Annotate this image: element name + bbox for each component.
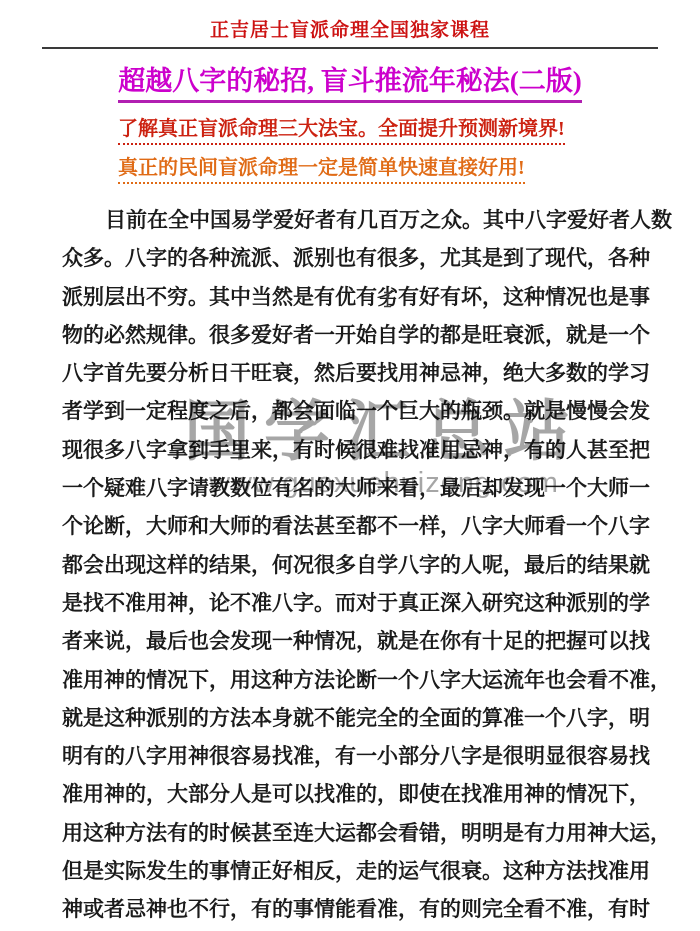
body-text-line: 者学到一定程度之后，都会面临一个巨大的瓶颈。就是慢慢会发 — [62, 392, 638, 430]
body-text-line: 目前在全中国易学爱好者有几百万之众。其中八字爱好者人数 — [62, 201, 638, 239]
document-body[interactable]: 目前在全中国易学爱好者有几百万之众。其中八字爱好者人数 众多。八字的各种流派、派… — [0, 201, 700, 929]
subtitle-block: 了解真正盲派命理三大法宝。全面提升预测新境界! 真正的民间盲派命理一定是简单快速… — [0, 117, 700, 184]
body-text-line: 八字首先要分析日干旺衰，然后要找用神忌神，绝大多数的学习 — [62, 354, 638, 392]
body-text-line: 都会出现这样的结果，何况很多自学八字的人呢，最后的结果就 — [62, 546, 638, 584]
header-divider — [42, 47, 658, 49]
body-text-line: 是找不准用神，论不准八字。而对于真正深入研究这种派别的学 — [62, 584, 638, 622]
body-text-line: 神或者忌神也不行，有的事情能看准，有的则完全看不准，有时 — [62, 890, 638, 928]
body-text-line: 物的必然规律。很多爱好者一开始自学的都是旺衰派，就是一个 — [62, 316, 638, 354]
body-text-line: 一个疑难八字请教数位有名的大师来看，最后却发现一个大师一 — [62, 469, 638, 507]
body-text-line: 准用神的，大部分人是可以找准的，即使在找准用神的情况下， — [62, 775, 638, 813]
body-text-line: 就是这种派别的方法本身就不能完全的全面的算准一个八字，明 — [62, 699, 638, 737]
header-text: 正吉居士盲派命理全国独家课程 — [210, 20, 490, 41]
body-text-line: 者来说，最后也会发现一种情况，就是在你有十足的把握可以找 — [62, 622, 638, 660]
body-text-line: 众多。八字的各种流派、派别也有很多，尤其是到了现代，各种 — [62, 239, 638, 277]
title-text: 超越八字的秘招, 盲斗推流年秘法(二版) — [118, 64, 581, 103]
subtitle-line-2: 真正的民间盲派命理一定是简单快速直接好用! — [118, 156, 700, 184]
body-text-line: 明有的八字用神很容易找准，有一小部分八字是很明显很容易找 — [62, 737, 638, 775]
document-title: 超越八字的秘招, 盲斗推流年秘法(二版) — [0, 64, 700, 103]
document-header: 正吉居士盲派命理全国独家课程 — [0, 20, 700, 42]
body-text-line: 个论断，大师和大师的看法甚至都不一样，八字大师看一个八字 — [62, 507, 638, 545]
subtitle-line-1: 了解真正盲派命理三大法宝。全面提升预测新境界! — [118, 117, 700, 145]
body-text-line: 准用神的情况下，用这种方法论断一个八字大运流年也会看不准， — [62, 661, 638, 699]
body-text-line: 派别层出不穷。其中当然是有优有劣有好有坏，这种情况也是事 — [62, 278, 638, 316]
body-text-line: 现很多八字拿到手里来，有时候很难找准用忌神，有的人甚至把 — [62, 431, 638, 469]
body-text-line: 用这种方法有的时候甚至连大运都会看错，明明是有力用神大运， — [62, 814, 638, 852]
document-page: 正吉居士盲派命理全国独家课程 超越八字的秘招, 盲斗推流年秘法(二版) 了解真正… — [0, 0, 700, 931]
body-text-line: 但是实际发生的事情正好相反，走的运气很衰。这种方法找准用 — [62, 852, 638, 890]
